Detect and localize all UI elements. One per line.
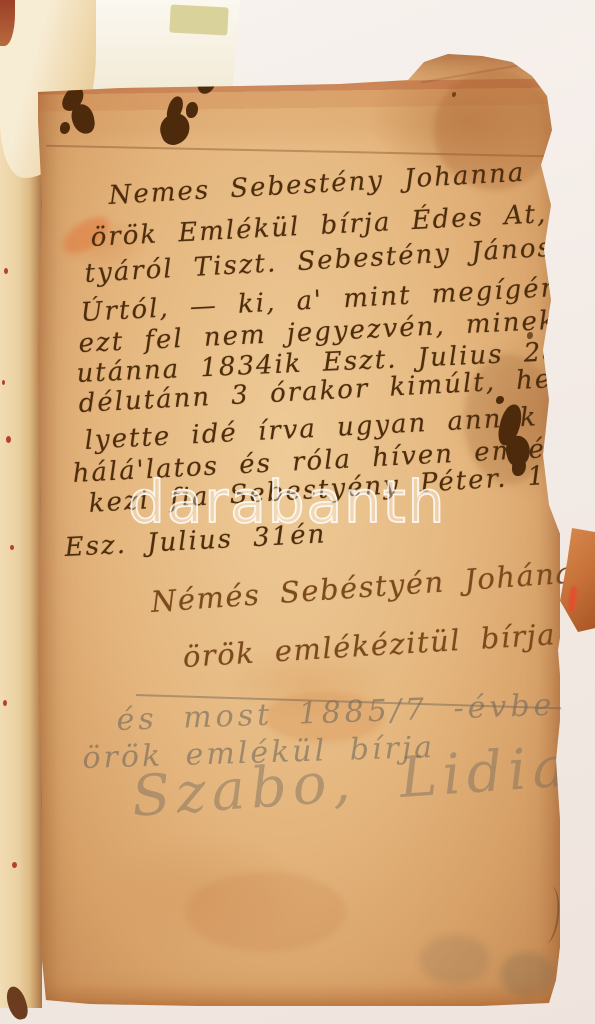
marbling-speck [3, 700, 7, 706]
smudge [420, 935, 490, 985]
paper-stain [186, 872, 346, 952]
handwriting-line: örök emlékézitül bírja [182, 620, 557, 672]
paper-tab [169, 5, 228, 36]
handwriting-line: Némés Sebéstyén Johána [150, 558, 575, 617]
marbling-speck [6, 436, 11, 443]
marbling-speck [10, 545, 14, 550]
marbling-speck [12, 862, 17, 868]
marbling-speck [4, 268, 8, 274]
paper-crack [538, 885, 562, 945]
book-photo: Nemes Sebestény Johanna örök Emlékül bír… [0, 0, 595, 1024]
handwriting-line: Nemes Sebestény Johanna [108, 160, 526, 209]
smudge [500, 952, 555, 997]
watermark: darabanth [128, 468, 446, 536]
marbling-speck [2, 380, 5, 385]
